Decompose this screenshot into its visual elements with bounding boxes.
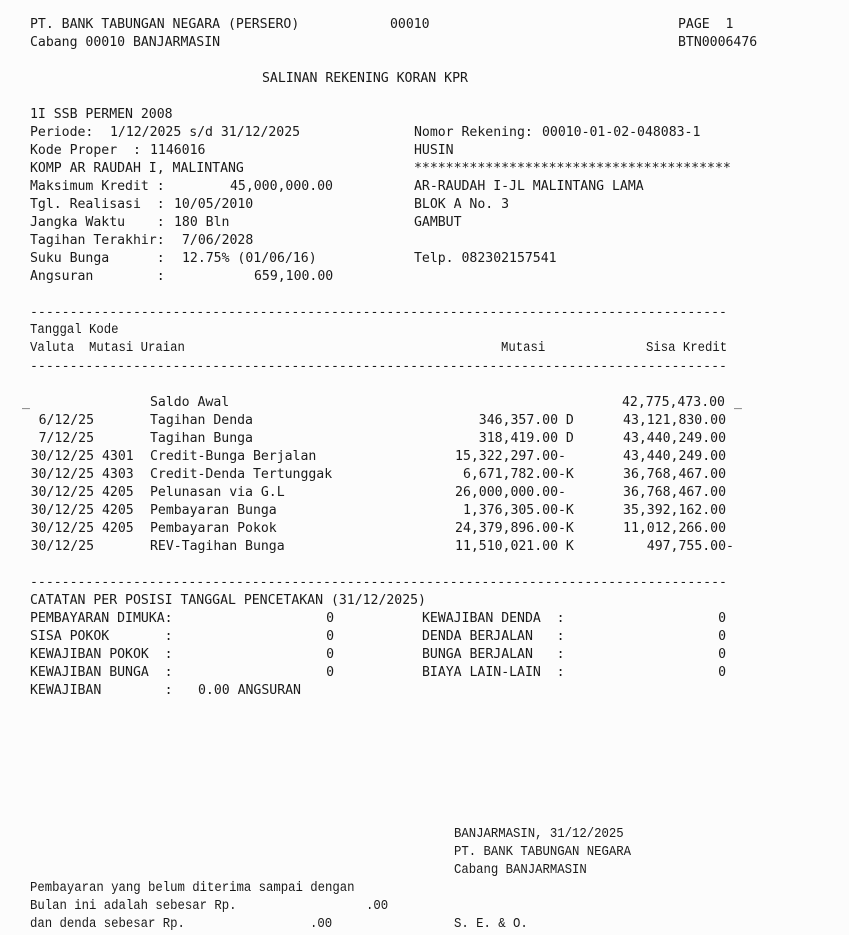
page-number: PAGE 1 [678,16,733,34]
row-sisa-kredit: 36,768,467.00 [623,484,726,502]
suku-bunga-label: Suku Bunga : [30,250,165,268]
row-mutasi: 1,376,305.00 [463,502,558,520]
note-left-label: KEWAJIBAN BUNGA : [30,664,173,682]
row-mutasi-flag: D [558,412,574,430]
tagihan-terakhir-value: 7/06/2028 [182,232,253,250]
row-mutasi-flag: -K [558,520,574,538]
jangka-waktu-value: 180 Bln [174,214,229,232]
doc-code: BTN0006476 [678,34,757,52]
row-tanggal: 30/12/25 [31,520,94,538]
row-marker-right: _ [734,394,742,412]
row-uraian: Tagihan Denda [150,412,253,430]
row-mutasi: 318,419.00 [479,430,558,448]
row-tanggal: 30/12/25 [31,502,94,520]
unpaid-line-3-value: .00 [310,916,332,934]
maksimum-kredit-value: 45,000,000.00 [230,178,333,196]
maksimum-kredit-label: Maksimum Kredit : [30,178,165,196]
unpaid-line-2-label: Bulan ini adalah sebesar Rp. [30,898,236,916]
unpaid-line-3-label: dan denda sebesar Rp. [30,916,185,934]
column-header-row2: Valuta Mutasi Uraian [30,340,185,358]
note-left-value: 0 [326,610,334,628]
holder-name: HUSIN [414,142,454,160]
branch-line: Cabang 00010 BANJARMASIN [30,34,220,52]
unpaid-line-1: Pembayaran yang belum diterima sampai de… [30,880,354,898]
periode-value: 1/12/2025 s/d 31/12/2025 [110,124,300,142]
row-tanggal: 30/12/25 [31,466,94,484]
note-right-value: 0 [718,664,726,682]
row-mutasi-flag: - [558,448,566,466]
nomor-rekening-label: Nomor Rekening: [414,124,533,142]
row-mutasi: 26,000,000.00 [455,484,558,502]
row-kode: 4303 [102,466,134,484]
note-right-value: 0 [718,646,726,664]
tgl-realisasi-label: Tgl. Realisasi : [30,196,165,214]
row-sisa-kredit: 43,440,249.00 [623,430,726,448]
note-right-label: KEWAJIBAN DENDA : [422,610,565,628]
row-kode: 4205 [102,520,134,538]
row-sisa-kredit: 497,755.00 [647,538,726,556]
unpaid-line-2-value: .00 [366,898,388,916]
suku-bunga-value: 12.75% (01/06/16) [182,250,317,268]
row-marker-left: _ [22,394,30,412]
place-date: BANJARMASIN, 31/12/2025 [454,826,624,844]
kewajiban-label: KEWAJIBAN : [30,682,173,700]
note-right-value: 0 [718,610,726,628]
row-sisa-kredit: 43,121,830.00 [623,412,726,430]
row-uraian: Credit-Bunga Berjalan [150,448,316,466]
divider-header: ----------------------------------------… [30,358,727,376]
row-sisa-flag: - [726,538,734,556]
row-mutasi-flag: D [558,430,574,448]
row-uraian: Pembayaran Bunga [150,502,277,520]
column-header-mutasi: Mutasi [501,340,545,358]
location: KOMP AR RAUDAH I, MALINTANG [30,160,244,178]
note-right-value: 0 [718,628,726,646]
masked-line: **************************************** [414,160,731,178]
notes-title: CATATAN PER POSISI TANGGAL PENCETAKAN (3… [30,592,426,610]
note-left-label: SISA POKOK : [30,628,173,646]
row-kode: 4205 [102,502,134,520]
row-mutasi: 346,357.00 [479,412,558,430]
bank-name: PT. BANK TABUNGAN NEGARA (PERSERO) [30,16,299,34]
note-left-value: 0 [326,646,334,664]
row-sisa-kredit: 43,440,249.00 [623,448,726,466]
row-uraian: REV-Tagihan Bunga [150,538,285,556]
note-left-label: KEWAJIBAN POKOK : [30,646,173,664]
row-sisa-kredit: 36,768,467.00 [623,466,726,484]
note-right-label: DENDA BERJALAN : [422,628,565,646]
row-mutasi-flag: -K [558,502,574,520]
row-tanggal: 30/12/25 [31,448,94,466]
address-line-2: BLOK A No. 3 [414,196,509,214]
row-sisa-kredit: 11,012,266.00 [623,520,726,538]
row-tanggal: 6/12/25 [39,412,94,430]
address-line-3: GAMBUT [414,214,462,232]
program: 1I SSB PERMEN 2008 [30,106,173,124]
note-right-label: BUNGA BERJALAN : [422,646,565,664]
row-mutasi: 24,379,896.00 [455,520,558,538]
row-mutasi: 15,322,297.00 [455,448,558,466]
note-left-label: PEMBAYARAN DIMUKA: [30,610,173,628]
row-mutasi: 6,671,782.00 [463,466,558,484]
row-mutasi-flag: -K [558,466,574,484]
statement-title: SALINAN REKENING KORAN KPR [262,70,468,88]
kewajiban-value: 0.00 ANGSURAN [198,682,301,700]
footer-bank: PT. BANK TABUNGAN NEGARA [454,844,631,862]
kode-proper-value: 1146016 [150,142,205,160]
row-mutasi-flag: - [558,484,566,502]
telephone: Telp. 082302157541 [414,250,557,268]
row-tanggal: 30/12/25 [31,538,94,556]
branch-code: 00010 [390,16,430,34]
row-uraian: Pelunasan via G.L [150,484,285,502]
nomor-rekening-value: 00010-01-02-048083-1 [542,124,700,142]
row-mutasi: 11,510,021.00 [455,538,558,556]
divider-bottom: ----------------------------------------… [30,574,727,592]
note-right-label: BIAYA LAIN-LAIN : [422,664,565,682]
row-tanggal: 30/12/25 [31,484,94,502]
angsuran-label: Angsuran : [30,268,165,286]
kode-proper-label: Kode Proper : [30,142,141,160]
address-line-1: AR-RAUDAH I-JL MALINTANG LAMA [414,178,644,196]
row-kode: 4301 [102,448,134,466]
seo-note: S. E. & O. [454,916,528,934]
note-left-value: 0 [326,628,334,646]
note-left-value: 0 [326,664,334,682]
footer-branch: Cabang BANJARMASIN [454,862,587,880]
opening-label: Saldo Awal [150,394,229,412]
tgl-realisasi-value: 10/05/2010 [174,196,253,214]
column-header-sisa-kredit: Sisa Kredit [646,340,727,358]
divider-top: ----------------------------------------… [30,304,727,322]
column-header-row1: Tanggal Kode [30,322,119,340]
tagihan-terakhir-label: Tagihan Terakhir: [30,232,165,250]
opening-balance: 42,775,473.00 [622,394,725,412]
periode-label: Periode: [30,124,93,142]
row-uraian: Pembayaran Pokok [150,520,277,538]
row-uraian: Tagihan Bunga [150,430,253,448]
row-tanggal: 7/12/25 [39,430,94,448]
row-uraian: Credit-Denda Tertunggak [150,466,332,484]
row-sisa-kredit: 35,392,162.00 [623,502,726,520]
row-mutasi-flag: K [558,538,574,556]
jangka-waktu-label: Jangka Waktu : [30,214,165,232]
row-kode: 4205 [102,484,134,502]
angsuran-value: 659,100.00 [254,268,333,286]
